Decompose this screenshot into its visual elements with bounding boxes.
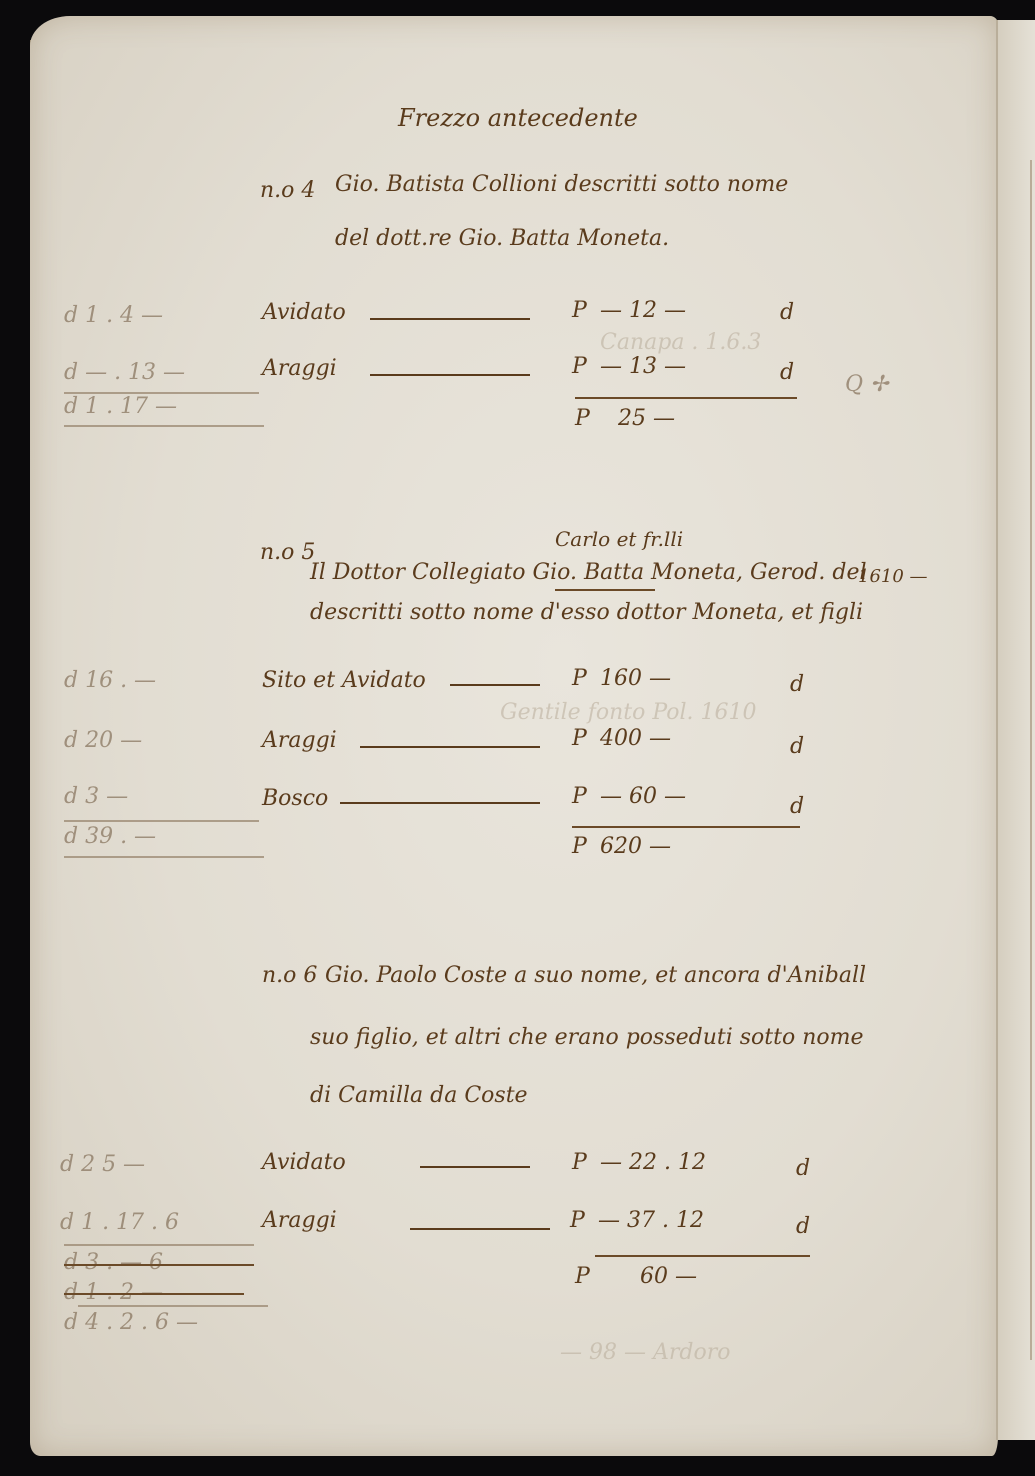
total-amount: 620 — xyxy=(600,834,671,859)
entry-text-line: suo figlio, et altri che erano posseduti… xyxy=(310,1025,864,1050)
leader-line xyxy=(370,318,530,320)
bleed-through-text: Gentile fonto Pol. 1610 xyxy=(500,700,757,725)
entry-text-line: descritti sotto nome d'esso dottor Monet… xyxy=(310,600,863,625)
interlinear-insertion: Carlo et fr.lli xyxy=(555,527,683,551)
total-currency: P xyxy=(575,1264,590,1289)
item-mark: d xyxy=(780,300,794,325)
item-amount: — 13 — xyxy=(600,354,686,379)
margin-value: d 3 — xyxy=(64,784,128,809)
item-mark: d xyxy=(790,672,804,697)
item-amount: — 37 . 12 xyxy=(598,1208,704,1233)
item-amount: — 22 . 12 xyxy=(600,1150,706,1175)
item-label: Araggi xyxy=(262,1208,337,1233)
total-currency: P xyxy=(575,406,590,431)
margin-value: d 2 5 — xyxy=(60,1152,145,1177)
margin-value-struck: d 3 . — 6 xyxy=(64,1250,163,1275)
margin-rule xyxy=(64,820,259,822)
item-currency: P xyxy=(572,726,587,751)
item-label: Araggi xyxy=(262,728,337,753)
margin-value: d 16 . — xyxy=(64,668,156,693)
margin-value: d 1 . 4 — xyxy=(64,303,163,328)
entry-number: n.o 6 xyxy=(262,963,317,988)
item-currency: P xyxy=(572,298,587,323)
sum-rule xyxy=(575,397,797,399)
item-currency: P xyxy=(572,354,587,379)
entry-text-line: di Camilla da Coste xyxy=(310,1083,528,1108)
item-mark: d xyxy=(780,360,794,385)
margin-rule xyxy=(78,1305,268,1307)
sum-rule xyxy=(595,1255,810,1257)
margin-value: d 1 . 17 . 6 xyxy=(60,1210,179,1235)
entry-number: n.o 4 xyxy=(260,178,315,203)
entry-text-line: Gio. Paolo Coste a suo nome, et ancora d… xyxy=(325,963,866,988)
entry-text-line: Il Dottor Collegiato Gio. Batta Moneta, … xyxy=(310,560,867,585)
item-mark: d xyxy=(790,734,804,759)
total-amount: 25 — xyxy=(618,406,675,431)
item-label: Araggi xyxy=(262,356,337,381)
margin-value: d 20 — xyxy=(64,728,142,753)
item-amount: 160 — xyxy=(600,666,671,691)
item-mark: d xyxy=(790,794,804,819)
total-currency: P xyxy=(572,834,587,859)
item-amount: — 60 — xyxy=(600,784,686,809)
item-currency: P xyxy=(570,1208,585,1233)
item-currency: P xyxy=(572,666,587,691)
total-amount: 60 — xyxy=(640,1264,697,1289)
margin-total: d 4 . 2 . 6 — xyxy=(64,1310,198,1335)
bleed-through-mark: Q ✢ xyxy=(845,372,888,397)
margin-rule xyxy=(64,425,264,427)
sum-rule xyxy=(572,826,800,828)
margin-rule xyxy=(64,856,264,858)
bleed-through-text: Canapa . 1.6.3 xyxy=(600,330,761,355)
item-currency: P xyxy=(572,1150,587,1175)
facing-page-rule xyxy=(1030,160,1032,1360)
leader-line xyxy=(340,802,540,804)
strikethrough xyxy=(64,1293,244,1295)
leader-line xyxy=(420,1166,530,1168)
strikethrough xyxy=(555,589,655,591)
item-label: Avidato xyxy=(262,300,346,325)
leader-line xyxy=(410,1228,550,1230)
margin-rule xyxy=(64,1244,254,1246)
leader-line xyxy=(360,746,540,748)
item-mark: d xyxy=(796,1156,810,1181)
margin-value: d — . 13 — xyxy=(64,360,185,385)
margin-total: d 1 . 17 — xyxy=(64,394,177,419)
item-amount: 400 — xyxy=(600,726,671,751)
entry-text-line: Gio. Batista Collioni descritti sotto no… xyxy=(335,172,788,197)
year-note: 1610 — xyxy=(858,566,928,587)
leader-line xyxy=(370,374,530,376)
item-label: Sito et Avidato xyxy=(262,668,426,693)
margin-total: d 39 . — xyxy=(64,824,156,849)
bleed-through-text: — 98 — Ardoro xyxy=(560,1340,730,1365)
page-heading: Frezzo antecedente xyxy=(398,104,638,132)
item-label: Bosco xyxy=(262,786,328,811)
item-currency: P xyxy=(572,784,587,809)
item-label: Avidato xyxy=(262,1150,346,1175)
item-amount: — 12 — xyxy=(600,298,686,323)
entry-number: n.o 5 xyxy=(260,540,315,565)
leader-line xyxy=(450,684,540,686)
item-mark: d xyxy=(796,1214,810,1239)
strikethrough xyxy=(64,1264,254,1266)
entry-text-line: del dott.re Gio. Batta Moneta. xyxy=(335,226,669,251)
